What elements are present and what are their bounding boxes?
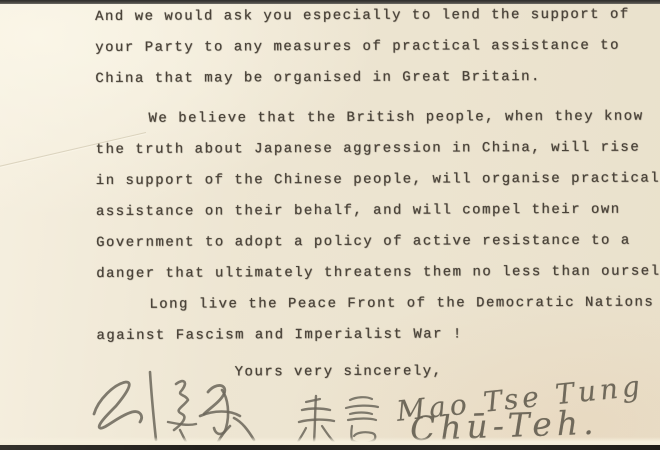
letter-line: Long live the Peace Front of the Democra… — [96, 288, 654, 321]
letter-scan: And we would ask you especially to lend … — [0, 0, 660, 450]
letter-line: your Party to any measures of practical … — [95, 31, 630, 64]
letter-line: danger that ultimately threatens them no… — [96, 256, 660, 290]
scan-bottom-edge-bar — [0, 445, 660, 450]
paragraph-belief: We believe that the British people, when… — [95, 101, 660, 290]
letter-line: We believe that the British people, when… — [95, 101, 660, 135]
letter-line: China that may be organised in Great Bri… — [95, 62, 630, 95]
letter-line: in support of the Chinese people, will o… — [96, 163, 660, 197]
letter-line: the truth about Japanese aggression in C… — [96, 132, 660, 166]
letter-line: And we would ask you especially to lend … — [95, 0, 630, 33]
paragraph-support: And we would ask you especially to lend … — [95, 0, 630, 95]
paragraph-slogan: Long live the Peace Front of the Democra… — [96, 288, 654, 352]
letter-line: assistance on their behalf, and will com… — [96, 194, 660, 228]
letter-line: Government to adopt a policy of active r… — [96, 225, 660, 259]
letter-line: against Fascism and Imperialist War ! — [96, 319, 654, 352]
